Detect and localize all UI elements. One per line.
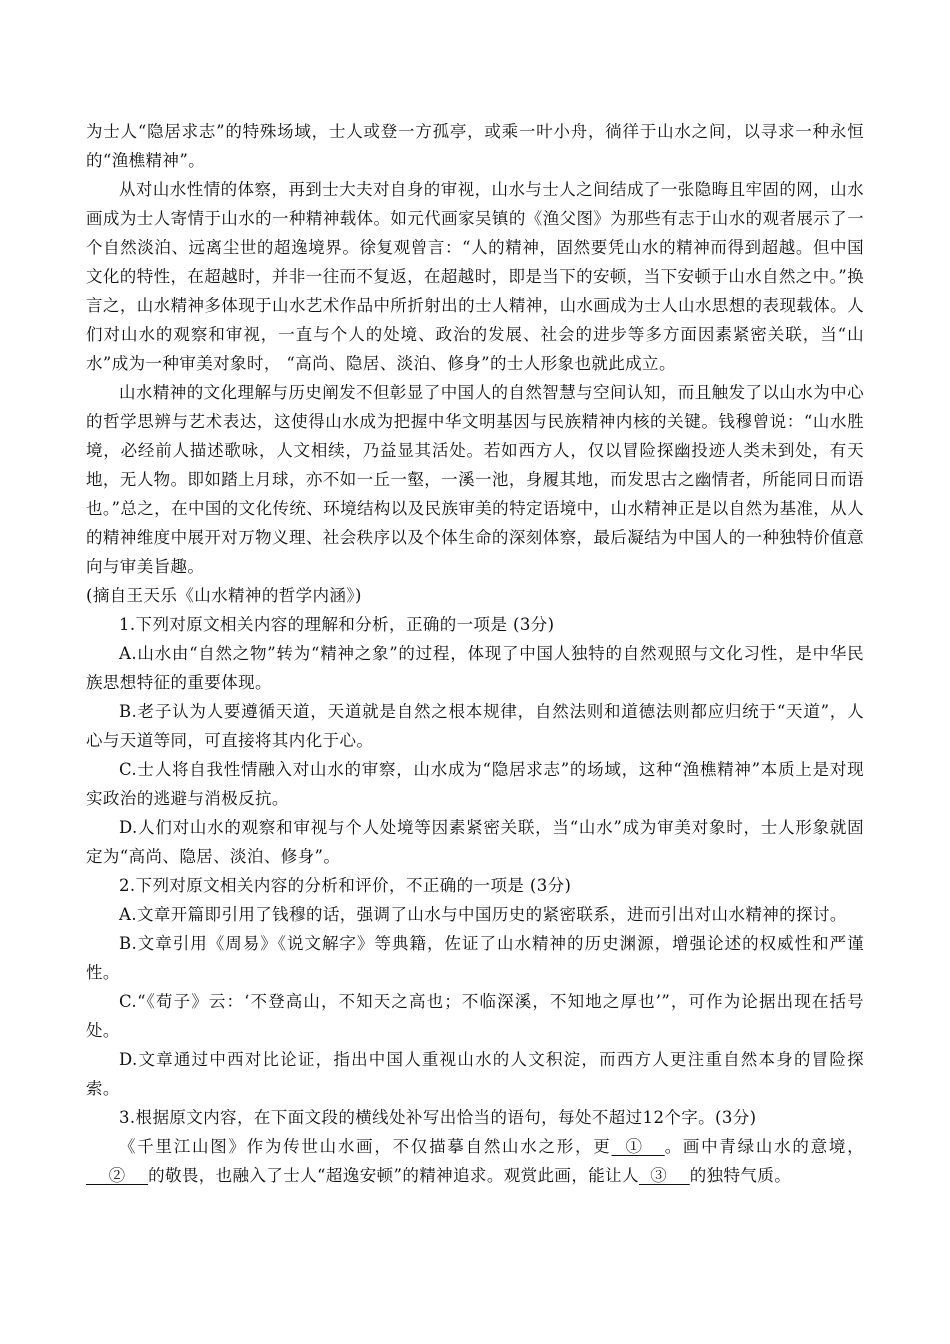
question-2-option-a: A.文章开篇即引用了钱穆的话，强调了山水与中国历史的紧密联系，进而引出对山水精神…: [86, 900, 864, 929]
passage-paragraph-0: 为士人“隐居求志”的特殊场域，士人或登一方孤亭，或乘一叶小舟，徜徉于山水之间，以…: [86, 117, 864, 175]
question-2-option-c: C.“《荀子》云：‘不登高山，不知天之高也；不临深溪，不知地之厚也’”，可作为论…: [86, 987, 864, 1045]
question-3-stem: 3.根据原文内容，在下面文段的横线处补写出恰当的语句，每处不超过12个字。(3分…: [86, 1103, 864, 1132]
question-1-option-b: B.老子认为人要遵循天道，天道就是自然之根本规律，自然法则和道德法则都应归统于“…: [86, 697, 864, 755]
question-2-stem: 2.下列对原文相关内容的分析和评价，不正确的一项是 (3分): [86, 871, 864, 900]
question-3-passage: 《千里江山图》作为传世山水画，不仅描摹自然山水之形，更 ① 。画中青绿山水的意境…: [86, 1132, 864, 1190]
question-1-option-a: A.山水由“自然之物”转为“精神之象”的过程，体现了中国人独特的自然观照与文化习…: [86, 639, 864, 697]
question-1-option-c: C.士人将自我性情融入对山水的审察，山水成为“隐居求志”的场域，这种“渔樵精神”…: [86, 755, 864, 813]
passage-paragraph-1: 从对山水性情的体察，再到士大夫对自身的审视，山水与士人之间结成了一张隐晦且牢固的…: [86, 175, 864, 378]
q3-blank-2: ②: [86, 1166, 148, 1185]
passage-source: (摘自王天乐《山水精神的哲学内涵》): [86, 581, 864, 610]
q3-blank-1: ①: [612, 1137, 665, 1156]
q3-blank-3: ③: [639, 1166, 690, 1185]
question-2-option-d: D.文章通过中西对比论证，指出中国人重视山水的人文积淀，而西方人更注重自然本身的…: [86, 1045, 864, 1103]
passage-paragraph-2: 山水精神的文化理解与历史阐发不但彰显了中国人的自然智慧与空间认知，而且触发了以山…: [86, 378, 864, 581]
exam-page: 为士人“隐居求志”的特殊场域，士人或登一方孤亭，或乘一叶小舟，徜徉于山水之间，以…: [86, 117, 864, 1190]
q3-text-3: 的敬畏，也融入了士人“超逸安顿”的精神追求。观赏此画，能让人: [148, 1166, 639, 1185]
question-2-option-b: B.文章引用《周易》《说文解字》等典籍，佐证了山水精神的历史渊源，增强论述的权威…: [86, 929, 864, 987]
q3-text-2: 。画中青绿山水的意境，: [665, 1137, 864, 1156]
question-1-stem: 1.下列对原文相关内容的理解和分析，正确的一项是 (3分): [86, 610, 864, 639]
q3-text-1: 《千里江山图》作为传世山水画，不仅描摹自然山水之形，更: [119, 1137, 612, 1156]
q3-text-4: 的独特气质。: [690, 1166, 791, 1185]
question-1-option-d: D.人们对山水的观察和审视与个人处境等因素紧密关联，当“山水”成为审美对象时，士…: [86, 813, 864, 871]
